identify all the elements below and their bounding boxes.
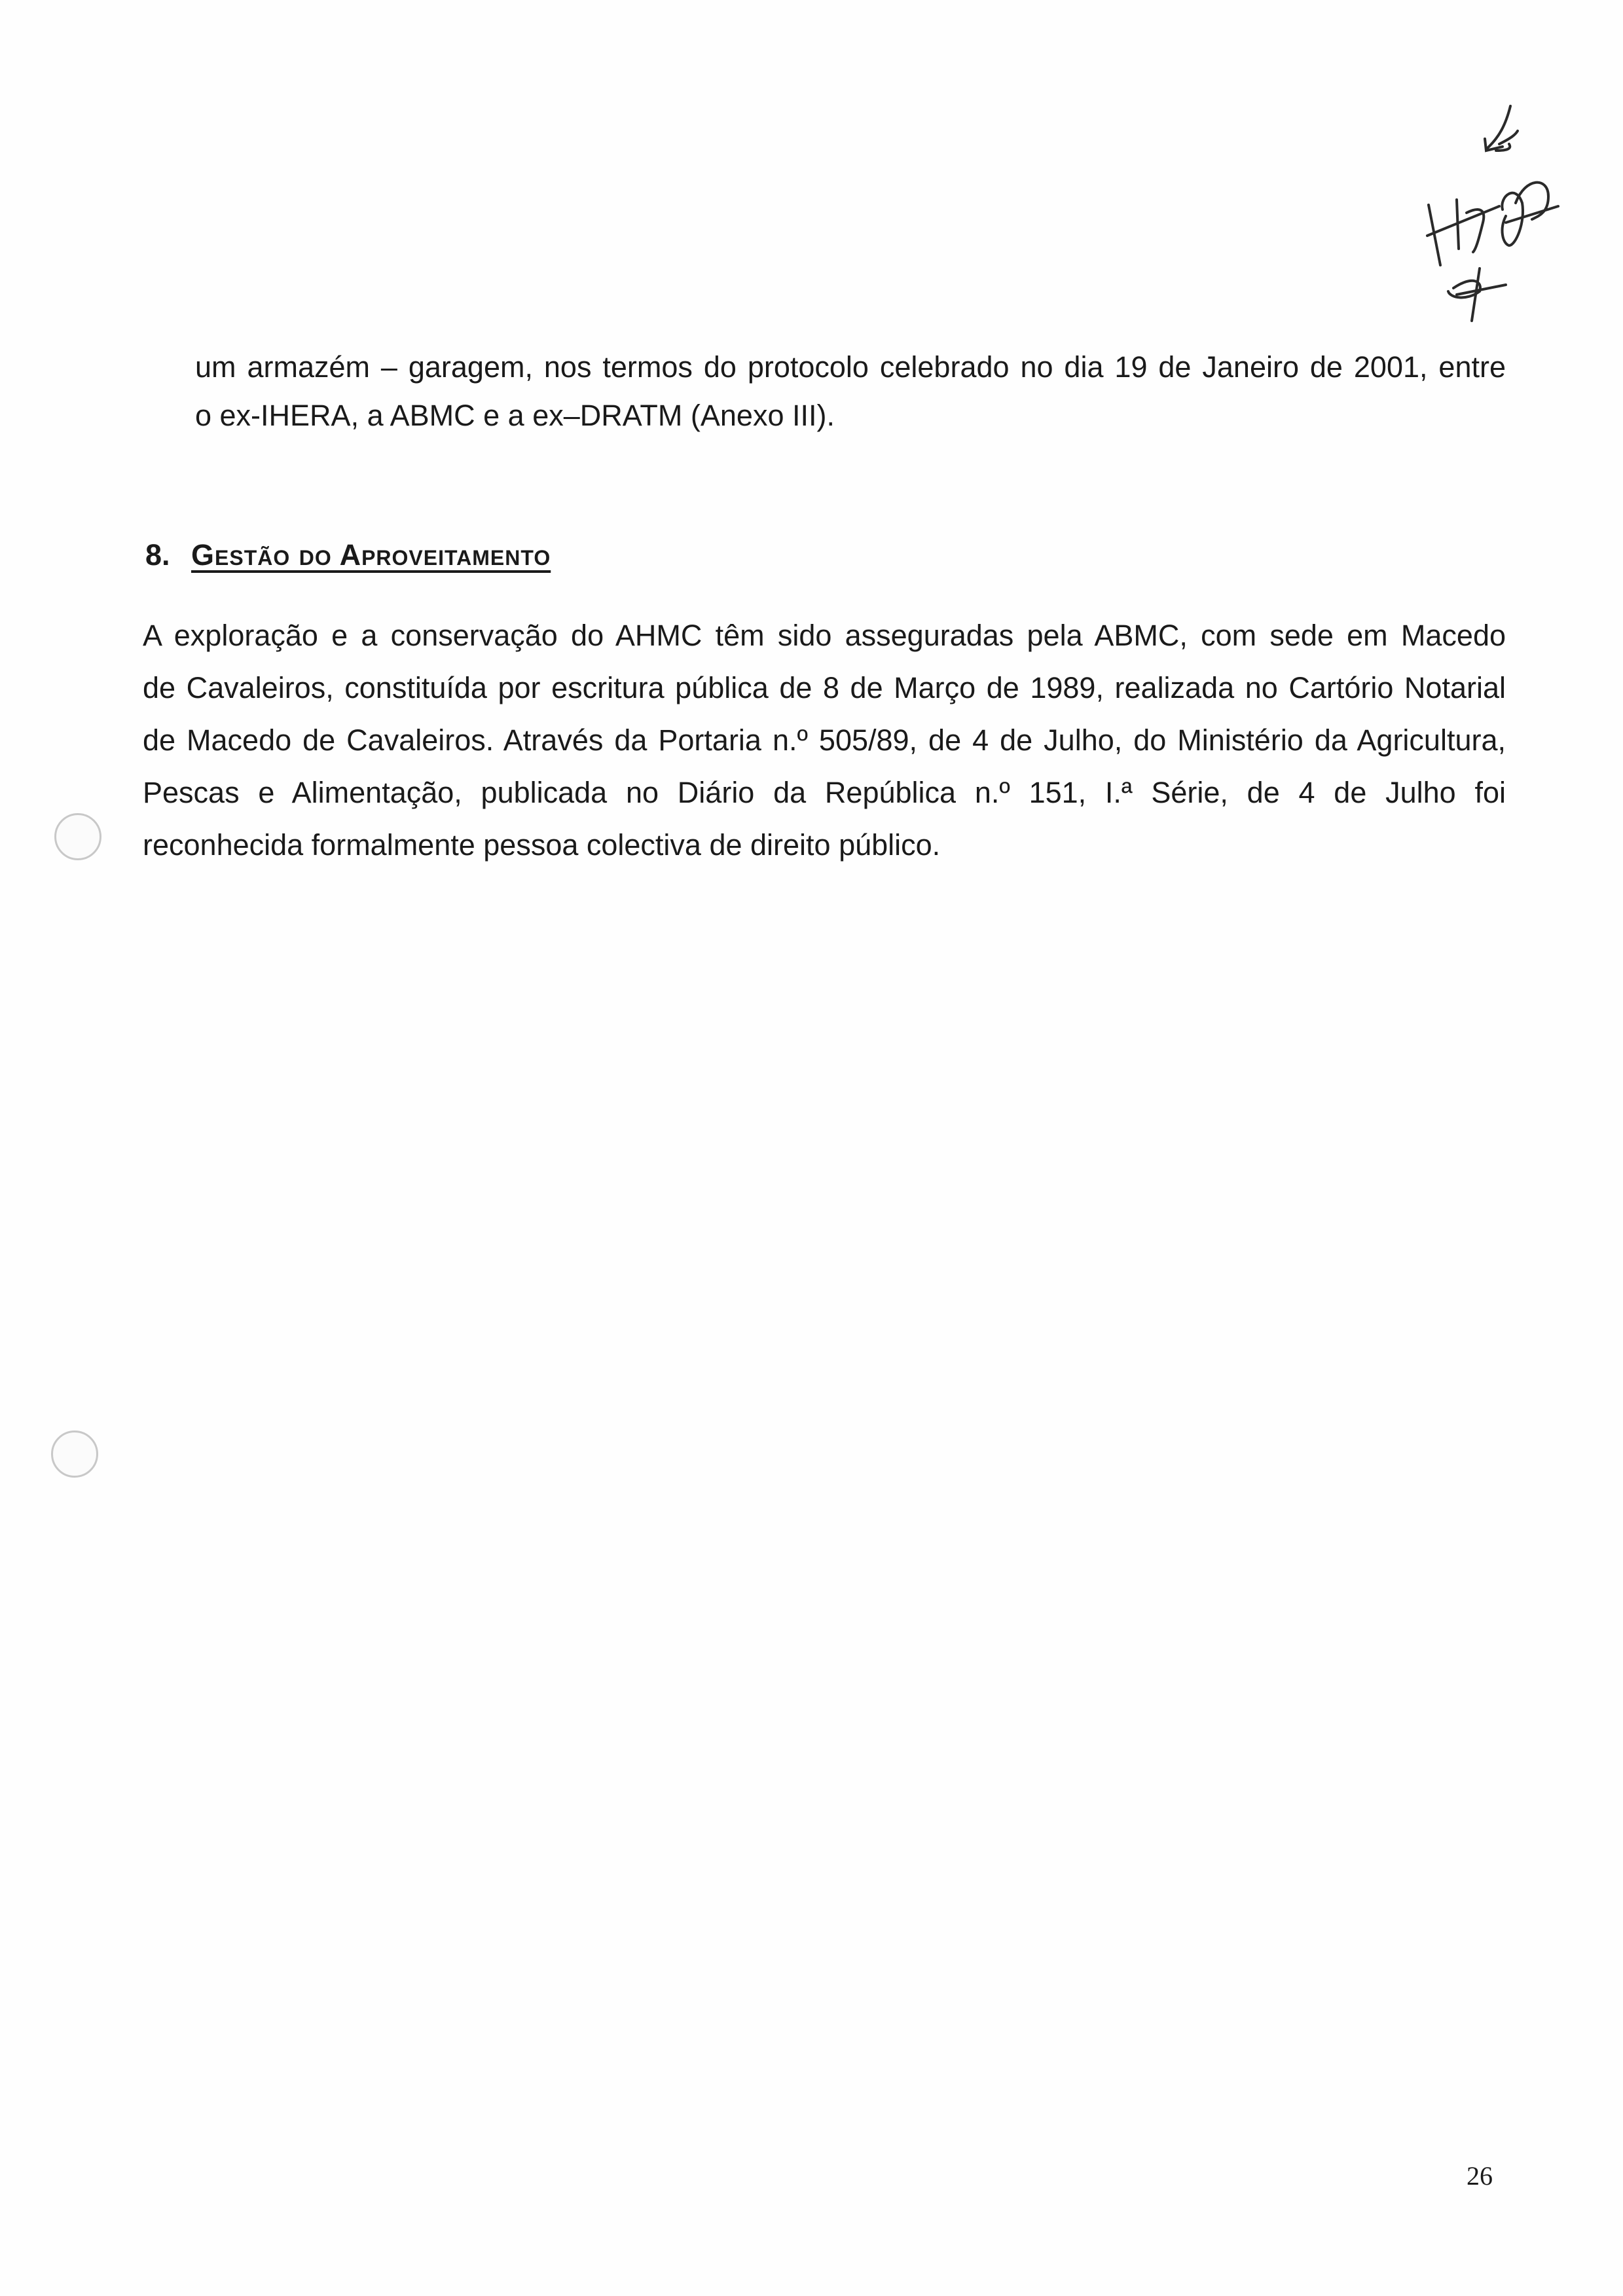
section-number: 8. bbox=[145, 538, 191, 572]
paragraph-line: de Macedo de Cavaleiros. Através da Port… bbox=[143, 725, 1506, 755]
section-heading: 8.Gestão do Aproveitamento bbox=[145, 538, 551, 572]
paragraph-line: reconhecida formalmente pessoa colectiva… bbox=[143, 830, 940, 860]
handwritten-initials-icon bbox=[1375, 98, 1604, 360]
punch-hole-icon bbox=[54, 813, 101, 860]
punch-hole-icon bbox=[51, 1430, 98, 1478]
paragraph-line: A exploração e a conservação do AHMC têm… bbox=[143, 621, 1506, 650]
continuation-line: um armazém – garagem, nos termos do prot… bbox=[195, 352, 1506, 382]
paragraph-line: de Cavaleiros, constituída por escritura… bbox=[143, 673, 1506, 702]
page-number: 26 bbox=[1467, 2160, 1493, 2191]
section-title: Gestão do Aproveitamento bbox=[191, 538, 551, 572]
document-page: um armazém – garagem, nos termos do prot… bbox=[0, 0, 1623, 2296]
continuation-line: o ex-IHERA, a ABMC e a ex–DRATM (Anexo I… bbox=[195, 401, 835, 430]
paragraph-line: Pescas e Alimentação, publicada no Diári… bbox=[143, 778, 1506, 807]
